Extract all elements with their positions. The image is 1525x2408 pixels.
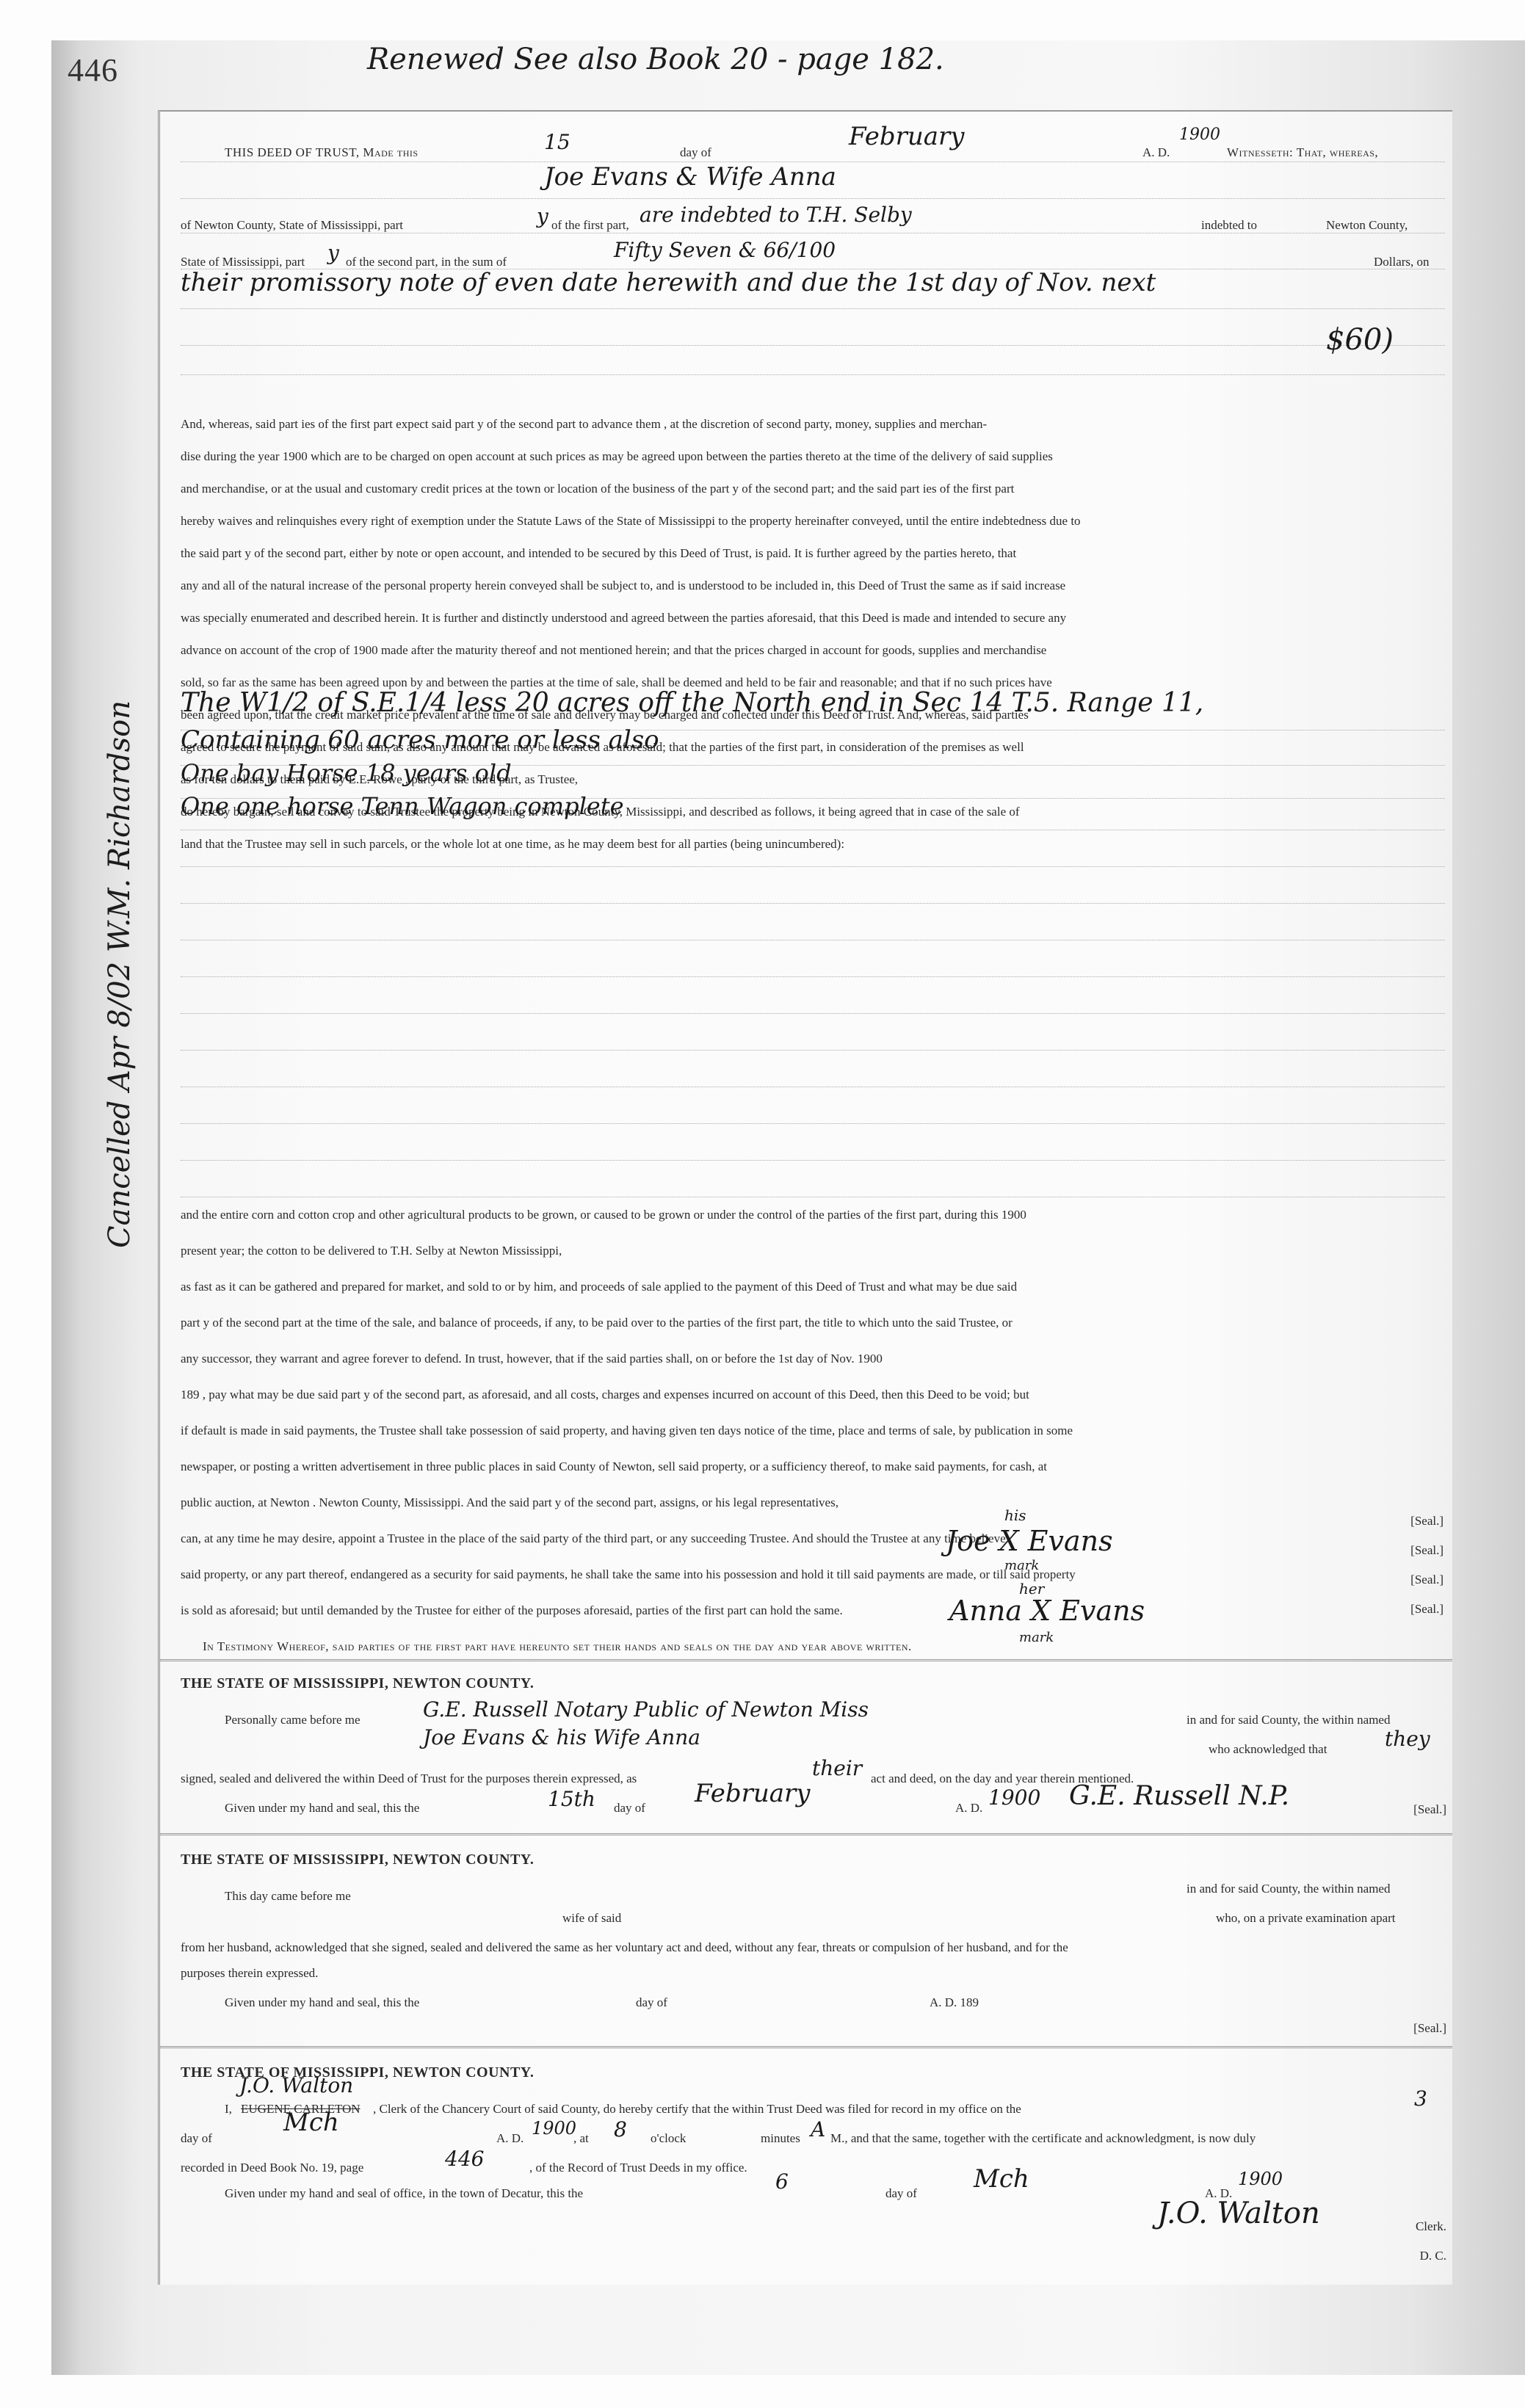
- cancellation-margin-note: Cancelled Apr 8/02 W.M. Richardson: [103, 700, 137, 1248]
- grantors: Joe Evans & Wife Anna: [544, 169, 836, 185]
- filed-year: 1900: [532, 2120, 576, 2136]
- signature-joe-evans: Joe X Evans: [946, 1525, 1113, 1557]
- given-year: 1900: [1238, 2171, 1283, 2187]
- clerk-cert-title: THE STATE OF MISSISSIPPI, NEWTON COUNTY.: [181, 2064, 534, 2081]
- renewal-note: Renewed See also Book 20 - page 182.: [367, 43, 944, 76]
- indebted-to-text: are indebted to T.H. Selby: [640, 207, 912, 223]
- ack1-year: 1900: [988, 1790, 1040, 1806]
- notary-officer: G.E. Russell Notary Public of Newton Mis…: [423, 1702, 869, 1718]
- deed-day: 15: [544, 134, 570, 150]
- ack1-month: February: [695, 1785, 811, 1802]
- testimony-clause: In Testimony Whereof, said parties of th…: [181, 1635, 1444, 1658]
- notary-signature: G.E. Russell N.P.: [1069, 1788, 1289, 1805]
- property-line: Containing 60 acres more or less also: [181, 732, 659, 748]
- ack1-day: 15th: [548, 1791, 595, 1807]
- ack2-title: THE STATE OF MISSISSIPPI, NEWTON COUNTY.: [181, 1852, 534, 1868]
- record-page: 446: [445, 2151, 484, 2167]
- filed-day: 3: [1414, 2091, 1427, 2107]
- ack1-named-parties: Joe Evans & his Wife Anna: [423, 1730, 700, 1746]
- filed-hour: 8: [614, 2122, 627, 2138]
- filed-month: Mch: [283, 2114, 339, 2130]
- crop-clause: and the entire corn and cotton crop and …: [181, 1191, 1444, 1671]
- clerk-name-written: J.O. Walton: [239, 2078, 353, 2094]
- deed-year: 1900: [1179, 127, 1220, 143]
- given-day: 6: [775, 2174, 789, 2190]
- property-line: One bay Horse 18 years old: [181, 765, 512, 781]
- amount: $60): [1326, 332, 1394, 348]
- given-month: Mch: [974, 2171, 1029, 2187]
- ack1-title: THE STATE OF MISSISSIPPI, NEWTON COUNTY.: [181, 1675, 534, 1691]
- page-number: 446: [68, 51, 118, 89]
- note-line: their promissory note of even date herew…: [181, 275, 1156, 291]
- deed-month: February: [849, 128, 965, 145]
- property-line: The W1/2 of S.E.1/4 less 20 acres off th…: [181, 695, 1203, 711]
- property-line: One one horse Tenn Wagon complete: [181, 798, 624, 814]
- sum-in-words: Fifty Seven & 66/100: [614, 242, 836, 258]
- clerk-signature: J.O. Walton: [1157, 2205, 1320, 2222]
- deed-of-trust-form: THIS DEED OF TRUST, Made this 15 day of …: [158, 110, 1452, 2285]
- signature-anna-evans: Anna X Evans: [949, 1595, 1145, 1627]
